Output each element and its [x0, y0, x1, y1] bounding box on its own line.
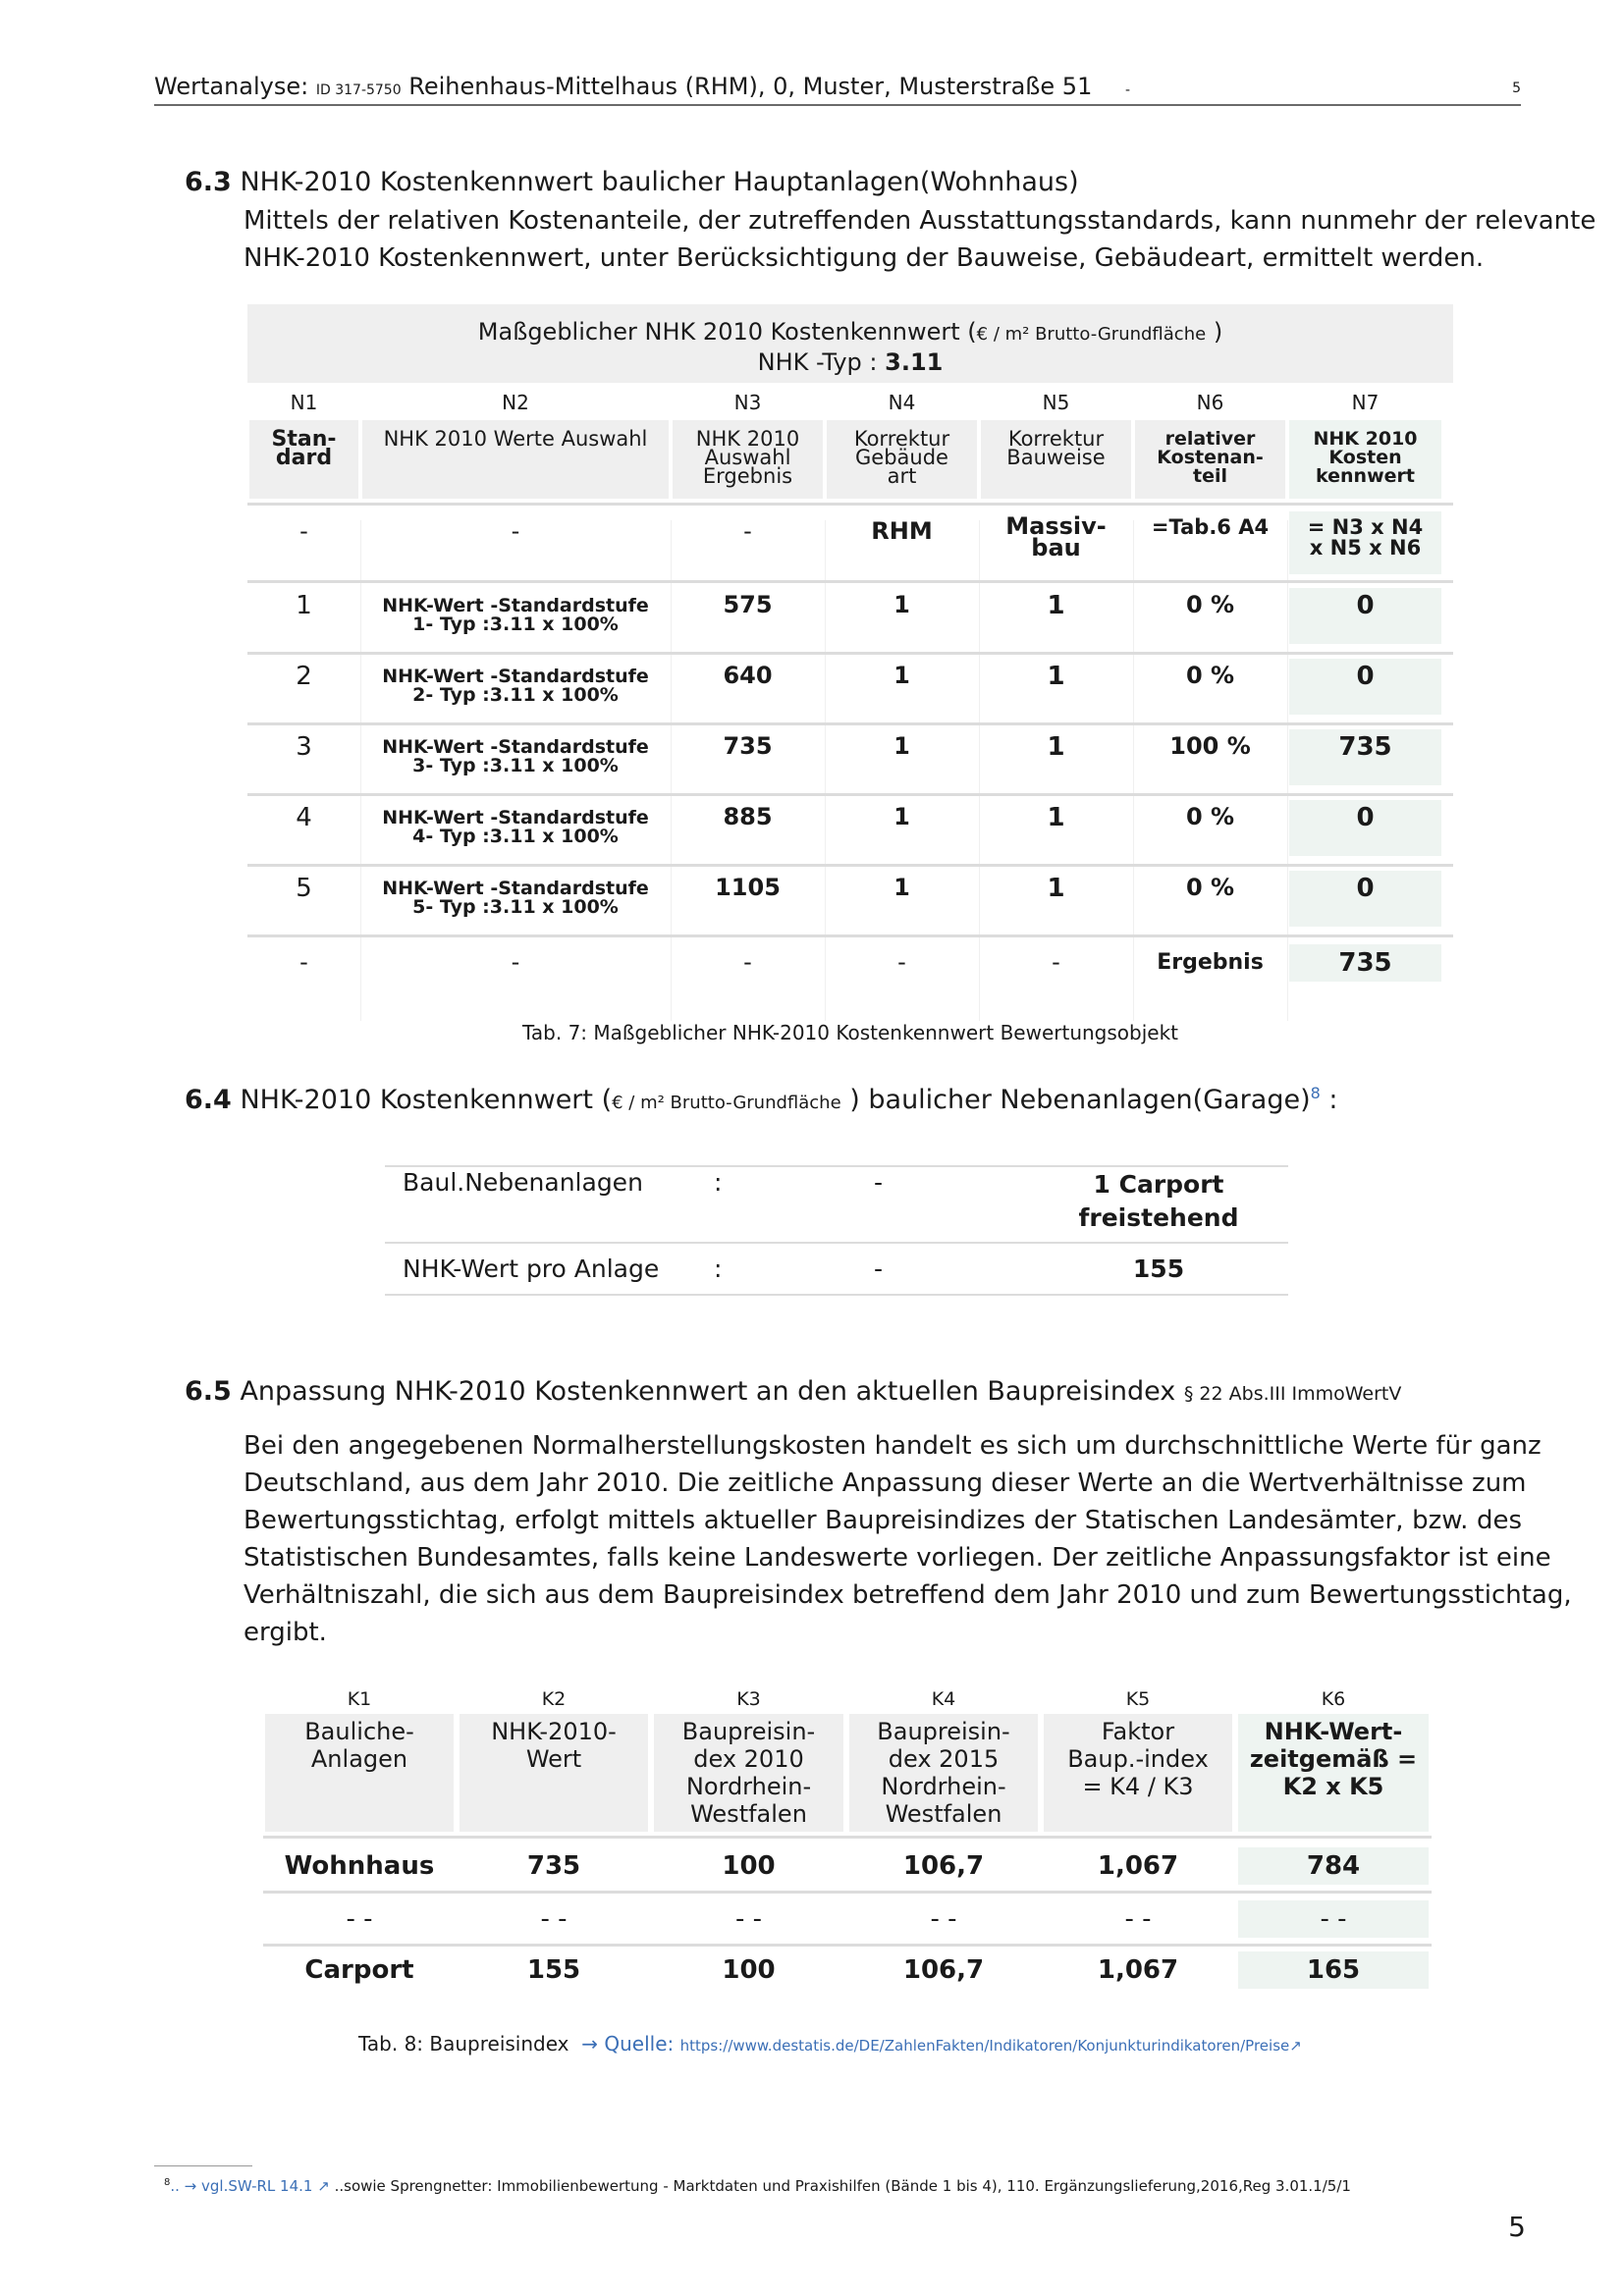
header-object: Reihenhaus-Mittelhaus (RHM), 0, Muster, … [408, 73, 1092, 100]
external-link-icon[interactable]: ↗ [317, 2177, 330, 2195]
standard-level: 5 [247, 874, 360, 903]
nhk-value: 575 [671, 591, 825, 618]
cell-value: 100 [652, 1851, 845, 1881]
relative-share: 0 % [1133, 591, 1287, 618]
cell-value: - - [1042, 1904, 1234, 1934]
section-title-unit: € / m² Brutto-Grundfläche [612, 1093, 841, 1113]
section-number: 6.5 [185, 1376, 232, 1407]
column-id: K3 [652, 1688, 845, 1710]
cell-value: - - [847, 1904, 1040, 1934]
row-divider [247, 722, 1453, 725]
header-dash: - [1125, 82, 1130, 98]
nhk-value: 1105 [671, 874, 825, 901]
table-title-text: Maßgeblicher NHK 2010 Kostenkennwert ( [478, 318, 977, 346]
correction-building: 1 [825, 732, 979, 760]
cell-value: - - [1236, 1904, 1431, 1934]
correction-building: 1 [825, 662, 979, 689]
correction-building: 1 [825, 591, 979, 618]
footnote-link[interactable]: .. → vgl.SW-RL 14.1 [170, 2177, 312, 2195]
row-divider [247, 503, 1453, 506]
column-header: Baupreisin-dex 2015Nordrhein-Westfalen [849, 1714, 1038, 1832]
column-header: NHK 2010AuswahlErgebnis [673, 420, 823, 499]
paragraph-line: Statistischen Bundesamtes, falls keine L… [244, 1539, 1522, 1576]
correction-construction: 1 [979, 732, 1133, 762]
page-number: 5 [1508, 2211, 1526, 2243]
relative-share: 100 % [1133, 732, 1287, 760]
cell-value: 106,7 [847, 1851, 1040, 1881]
row-value: 1 Carportfreistehend [1041, 1168, 1276, 1235]
column-id: K1 [263, 1688, 456, 1710]
table-title-close: ) [1214, 318, 1222, 346]
standard-level: 3 [247, 732, 360, 762]
column-id: K4 [847, 1688, 1040, 1710]
cell-value: 784 [1236, 1851, 1431, 1881]
paragraph-line: NHK-2010 Kostenkennwert, unter Berücksic… [244, 240, 1522, 277]
column-header: Stan-dard [249, 420, 358, 499]
formula-cell: =Tab.6 A4 [1133, 517, 1287, 538]
row-divider [263, 1944, 1432, 1947]
row-label: Baul.Nebenanlagen [403, 1168, 643, 1197]
external-link-icon[interactable]: ↗ [1289, 2037, 1302, 2055]
footnote-text: ..sowie Sprengnetter: Immobilienbewertun… [335, 2177, 1351, 2195]
source-link[interactable]: https://www.destatis.de/DE/ZahlenFakten/… [680, 2037, 1290, 2055]
column-id: N3 [671, 391, 825, 414]
row-divider [247, 934, 1453, 937]
empty-cell: - [825, 948, 979, 976]
section-number: 6.3 [185, 167, 232, 197]
header-id: ID 317-5750 [316, 82, 402, 98]
formula-cell: - [671, 517, 825, 545]
cell-value: 106,7 [847, 1955, 1040, 1985]
nhk-value: 735 [671, 732, 825, 760]
row-divider [385, 1242, 1288, 1244]
column-id: N1 [247, 391, 360, 414]
row-value: 155 [1041, 1255, 1276, 1283]
footnote-divider [154, 2165, 252, 2166]
dash: - [874, 1168, 883, 1197]
paragraph-line: ergibt. [244, 1614, 1522, 1651]
cell-value: 100 [652, 1955, 845, 1985]
column-id: N5 [979, 391, 1133, 414]
cell-value: 155 [458, 1955, 650, 1985]
table-7-title: Maßgeblicher NHK 2010 Kostenkennwert (€ … [247, 304, 1453, 383]
section-title: NHK-2010 Kostenkennwert baulicher Haupta… [240, 167, 1078, 197]
paragraph-line: Deutschland, aus dem Jahr 2010. Die zeit… [244, 1465, 1522, 1502]
row-divider [263, 1836, 1432, 1839]
running-header: Wertanalyse: ID 317-5750 Reihenhaus-Mitt… [154, 73, 1521, 106]
section-6-5-paragraph: Bei den angegebenen Normalherstellungsko… [244, 1427, 1522, 1651]
section-6-5-heading: 6.5 Anpassung NHK-2010 Kostenkennwert an… [185, 1376, 1401, 1407]
formula-cell: = N3 x N4x N5 x N6 [1287, 517, 1443, 559]
paragraph-line: Mittels der relativen Kostenanteile, der… [244, 202, 1522, 240]
correction-building: 1 [825, 874, 979, 901]
cell-value: 735 [458, 1851, 650, 1881]
standard-description: NHK-Wert -Standardstufe4- Typ :3.11 x 10… [360, 809, 671, 846]
column-header: KorrekturBauweise [981, 420, 1131, 499]
correction-construction: 1 [979, 874, 1133, 903]
cell-value: - - [458, 1904, 650, 1934]
correction-construction: 1 [979, 662, 1133, 691]
section-title-part: ) baulicher Nebenanlagen(Garage) [849, 1085, 1310, 1115]
header-label: Wertanalyse: [154, 73, 308, 100]
nhk-value: 640 [671, 662, 825, 689]
separator: : [714, 1255, 722, 1283]
table-8-caption: Tab. 8: Baupreisindex → Quelle: https://… [358, 2032, 1302, 2056]
dash: - [874, 1255, 883, 1283]
source-label: → Quelle: [581, 2032, 674, 2056]
row-divider [385, 1165, 1288, 1167]
nhk-type-label: NHK -Typ : [758, 348, 878, 376]
column-id: K2 [458, 1688, 650, 1710]
cost-value: 0 [1287, 874, 1443, 903]
section-title-end: : [1321, 1085, 1338, 1115]
relative-share: 0 % [1133, 662, 1287, 689]
formula-cell: Massiv-bau [979, 515, 1133, 559]
column-header: FaktorBaup.-index= K4 / K3 [1044, 1714, 1232, 1832]
column-header: NHK-2010-Wert [460, 1714, 648, 1832]
section-6-4-heading: 6.4 NHK-2010 Kostenkennwert (€ / m² Brut… [185, 1084, 1337, 1115]
standard-description: NHK-Wert -Standardstufe5- Typ :3.11 x 10… [360, 880, 671, 917]
cell-value: - - [652, 1904, 845, 1934]
empty-cell: - [671, 948, 825, 976]
cell-value: 1,067 [1042, 1955, 1234, 1985]
cell-value: 1,067 [1042, 1851, 1234, 1881]
empty-cell: - [360, 948, 671, 976]
row-divider [263, 1891, 1432, 1894]
column-header: NHK-Wert-zeitgemäß =K2 x K5 [1238, 1714, 1429, 1832]
row-divider [247, 580, 1453, 583]
standard-description: NHK-Wert -Standardstufe3- Typ :3.11 x 10… [360, 738, 671, 775]
column-id: K6 [1236, 1688, 1431, 1710]
row-divider [247, 652, 1453, 655]
correction-building: 1 [825, 803, 979, 830]
column-header: NHK 2010 Werte Auswahl [362, 420, 669, 499]
correction-construction: 1 [979, 803, 1133, 832]
row-divider [385, 1294, 1288, 1296]
header-page-number: 5 [1512, 80, 1521, 96]
total-result: 735 [1287, 948, 1443, 978]
row-divider [247, 864, 1453, 867]
footnote: 8.. → vgl.SW-RL 14.1 ↗ ..sowie Sprengnet… [164, 2177, 1351, 2195]
caption-text: Tab. 8: Baupreisindex [358, 2032, 569, 2056]
result-label: Ergebnis [1133, 950, 1287, 975]
cost-value: 0 [1287, 803, 1443, 832]
row-divider [247, 793, 1453, 796]
nhk-value: 885 [671, 803, 825, 830]
nhk-type-value: 3.11 [885, 348, 943, 376]
column-id: N6 [1133, 391, 1287, 414]
standard-description: NHK-Wert -Standardstufe2- Typ :3.11 x 10… [360, 667, 671, 705]
standard-level: 4 [247, 803, 360, 832]
paragraph-line: Bewertungsstichtag, erfolgt mittels aktu… [244, 1502, 1522, 1539]
column-id: K5 [1042, 1688, 1234, 1710]
paragraph-line: Verhältniszahl, die sich aus dem Bauprei… [244, 1576, 1522, 1614]
column-header: NHK 2010Kostenkennwert [1289, 420, 1441, 499]
table-7-caption: Tab. 7: Maßgeblicher NHK-2010 Kostenkenn… [247, 1021, 1453, 1044]
standard-description: NHK-Wert -Standardstufe1- Typ :3.11 x 10… [360, 597, 671, 634]
cell-value: 165 [1236, 1955, 1431, 1985]
row-label: Wohnhaus [263, 1851, 456, 1881]
correction-construction: 1 [979, 591, 1133, 620]
section-title-part: NHK-2010 Kostenkennwert ( [240, 1085, 612, 1115]
relative-share: 0 % [1133, 803, 1287, 830]
empty-cell: - [247, 948, 360, 976]
cost-value: 0 [1287, 591, 1443, 620]
law-reference: § 22 Abs.III ImmoWertV [1184, 1383, 1401, 1405]
formula-cell: - [360, 517, 671, 545]
standard-level: 2 [247, 662, 360, 691]
column-id: N2 [360, 391, 671, 414]
section-6-3-paragraph: Mittels der relativen Kostenanteile, der… [244, 202, 1522, 277]
relative-share: 0 % [1133, 874, 1287, 901]
empty-cell: - [979, 948, 1133, 976]
cost-value: 735 [1287, 732, 1443, 762]
standard-level: 1 [247, 591, 360, 620]
column-header: relativerKostenan-teil [1135, 420, 1285, 499]
column-header: Baupreisin-dex 2010Nordrhein-Westfalen [654, 1714, 843, 1832]
column-header: Bauliche-Anlagen [265, 1714, 454, 1832]
cost-value: 0 [1287, 662, 1443, 691]
separator: : [714, 1168, 722, 1197]
table-title-unit: € / m² Brutto-Grundfläche [977, 324, 1207, 345]
paragraph-line: Bei den angegebenen Normalherstellungsko… [244, 1427, 1522, 1465]
footnote-ref-link[interactable]: 8 [1311, 1084, 1321, 1102]
row-label: NHK-Wert pro Anlage [403, 1255, 659, 1283]
formula-cell: RHM [825, 517, 979, 545]
formula-cell: - [247, 517, 360, 545]
column-header: KorrekturGebäudeart [827, 420, 977, 499]
section-6-3-heading: 6.3 NHK-2010 Kostenkennwert baulicher Ha… [185, 167, 1079, 197]
column-id: N7 [1287, 391, 1443, 414]
row-label: Carport [263, 1955, 456, 1985]
section-number: 6.4 [185, 1085, 232, 1115]
section-title: Anpassung NHK-2010 Kostenkennwert an den… [240, 1376, 1175, 1407]
row-label: - - [263, 1904, 456, 1934]
column-id: N4 [825, 391, 979, 414]
